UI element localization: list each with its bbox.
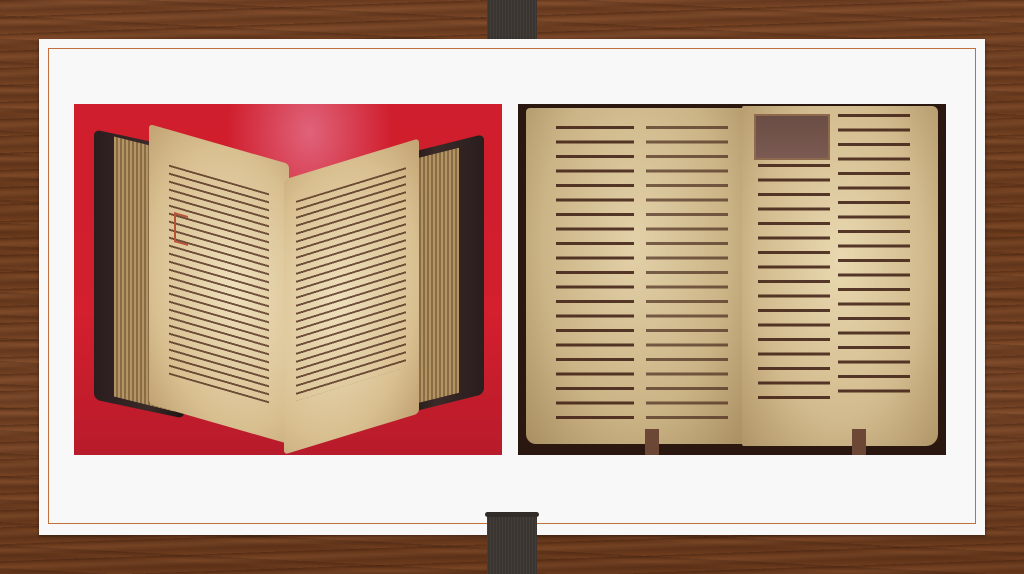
text-column-1	[556, 126, 634, 426]
text-column-3	[758, 164, 830, 399]
display-stand-post	[645, 429, 659, 455]
text-lines-left	[169, 165, 269, 404]
manuscript-photo-right	[518, 104, 946, 455]
display-stand-post	[852, 429, 866, 455]
text-lines-right	[296, 167, 406, 401]
text-column-4	[838, 114, 910, 399]
binder-clip-bottom	[487, 514, 537, 574]
illuminated-header	[754, 114, 830, 160]
manuscript-photo-left	[74, 104, 502, 455]
illuminated-initial	[174, 212, 188, 246]
text-column-2	[646, 126, 728, 426]
